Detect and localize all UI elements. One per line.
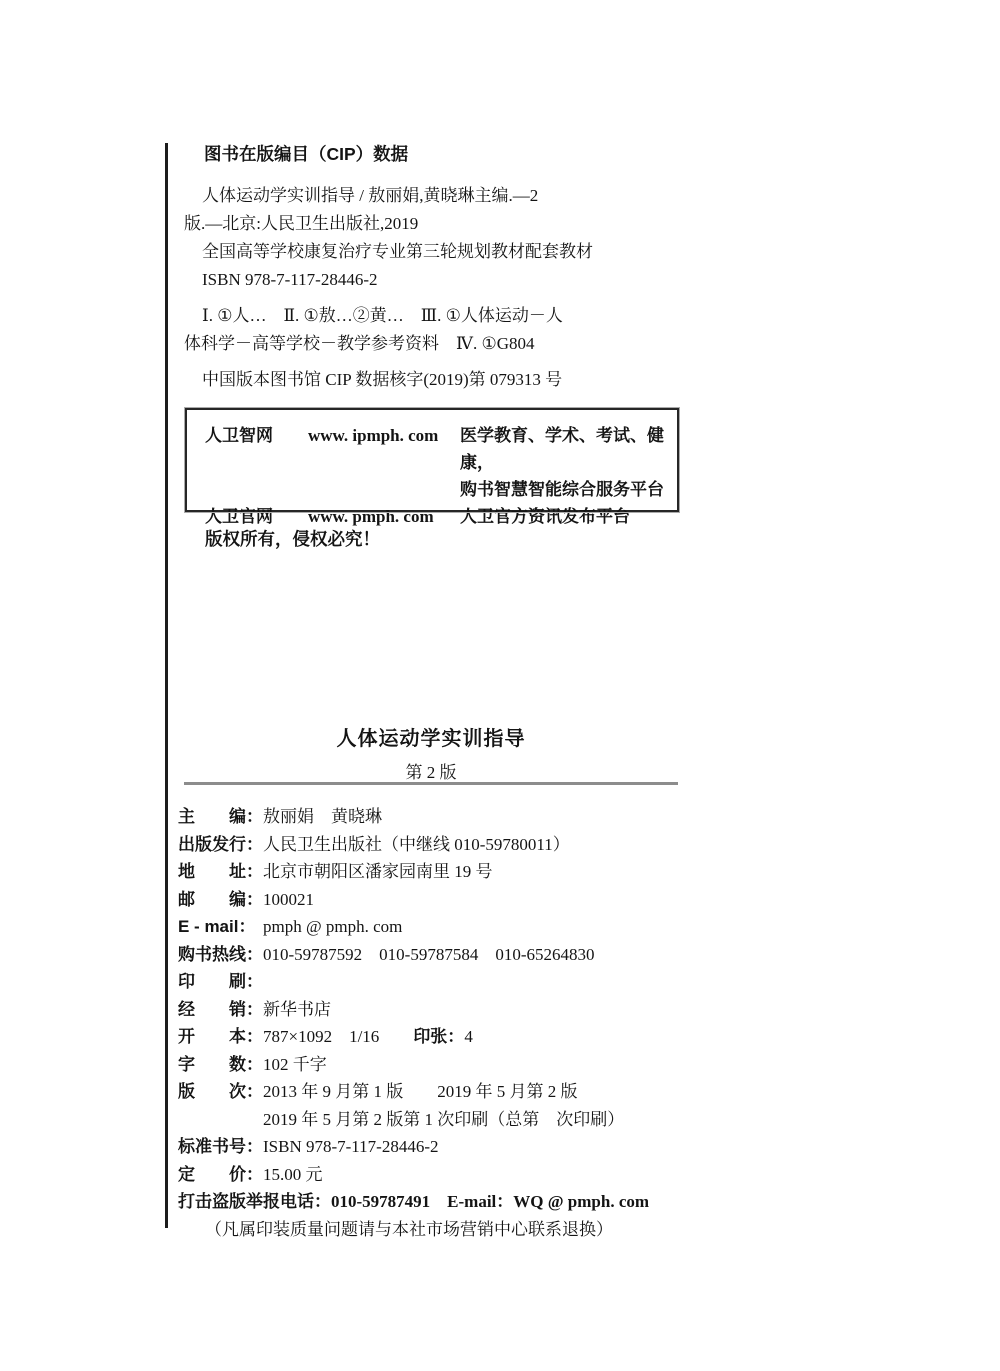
detail-row-postcode: 邮 编：100021 xyxy=(178,886,818,914)
detail-label: 开 本： xyxy=(178,1023,263,1051)
detail-value: 787×1092 1/16 xyxy=(263,1027,379,1046)
detail-label: 地 址： xyxy=(178,858,263,886)
detail-row-publisher: 出版发行：人民卫生出版社（中继线 010-59780011） xyxy=(178,831,818,859)
cip-line: 版.—北京:人民卫生出版社,2019 xyxy=(184,210,704,238)
detail-label: E - mail： xyxy=(178,913,263,941)
detail-value: 100021 xyxy=(263,890,314,909)
detail-value: 敖丽娟 黄晓琳 xyxy=(263,807,382,826)
detail-label: 主 编： xyxy=(178,803,263,831)
detail-row-isbn: 标准书号：ISBN 978-7-117-28446-2 xyxy=(178,1133,818,1161)
cip-line: 中国版本图书馆 CIP 数据核字(2019)第 079313 号 xyxy=(184,366,704,394)
detail-value: pmph @ pmph. com xyxy=(263,917,402,936)
cip-line: 人体运动学实训指导 / 敖丽娟,黄晓琳主编.—2 xyxy=(184,182,704,210)
title-block: 人体运动学实训指导 第 2 版 xyxy=(184,722,678,783)
detail-label: 邮 编： xyxy=(178,886,263,914)
divider-rule xyxy=(184,782,678,785)
detail-value: 新华书店 xyxy=(263,1000,331,1019)
detail-value: （凡属印装质量问题请与本社市场营销中心联系退换） xyxy=(205,1220,613,1239)
cip-line: 全国高等学校康复治疗专业第三轮规划教材配套教材 xyxy=(184,238,704,266)
cip-heading: 图书在版编目（CIP）数据 xyxy=(184,140,704,168)
detail-value: 102 千字 xyxy=(263,1055,327,1074)
detail-value: 010-59787592 010-59787584 010-65264830 xyxy=(263,945,594,964)
copyright-page: 图书在版编目（CIP）数据 人体运动学实训指导 / 敖丽娟,黄晓琳主编.—2 版… xyxy=(0,0,1000,1371)
detail-value: 2013 年 9 月第 1 版 2019 年 5 月第 2 版 xyxy=(263,1082,578,1101)
detail-row-email: E - mail：pmph @ pmph. com xyxy=(178,913,818,941)
detail-label: 购书热线： xyxy=(178,941,263,969)
cip-line: ISBN 978-7-117-28446-2 xyxy=(184,266,704,294)
detail-row-printing-info: 2019 年 5 月第 2 版第 1 次印刷（总第 次印刷） xyxy=(178,1106,818,1134)
detail-label: 经 销： xyxy=(178,996,263,1024)
detail-row-chief-editor: 主 编：敖丽娟 黄晓琳 xyxy=(178,803,818,831)
detail-value: 15.00 元 xyxy=(263,1165,323,1184)
publisher-web-box: 人卫智网 www. ipmph. com 医学教育、学术、考试、健康， 购书智慧… xyxy=(185,408,679,512)
detail-row-address: 地 址：北京市朝阳区潘家园南里 19 号 xyxy=(178,858,818,886)
detail-row-distributor: 经 销：新华书店 xyxy=(178,996,818,1024)
detail-label: 版 次： xyxy=(178,1078,263,1106)
left-border-line xyxy=(165,143,168,1228)
detail-row-format: 开 本：787×1092 1/16印张：4 xyxy=(178,1023,818,1051)
service-row: 人卫智网 www. ipmph. com 医学教育、学术、考试、健康， 购书智慧… xyxy=(205,422,677,503)
detail-label: 印 刷： xyxy=(178,968,263,996)
cip-section: 图书在版编目（CIP）数据 人体运动学实训指导 / 敖丽娟,黄晓琳主编.—2 版… xyxy=(184,140,704,394)
print-quality-note: （凡属印装质量问题请与本社市场营销中心联系退换） xyxy=(178,1216,818,1244)
service-label: 人卫智网 xyxy=(205,422,308,449)
detail-value: 010-59787491 E-mail：WQ @ pmph. com xyxy=(331,1192,649,1211)
detail-value: 北京市朝阳区潘家园南里 19 号 xyxy=(263,862,493,881)
detail-value-sheets: 4 xyxy=(464,1027,473,1046)
details-section: 主 编：敖丽娟 黄晓琳 出版发行：人民卫生出版社（中继线 010-5978001… xyxy=(178,803,818,1243)
cip-line: 体科学－高等学校－教学参考资料 Ⅳ. ①G804 xyxy=(184,330,704,358)
book-title: 人体运动学实训指导 xyxy=(184,722,678,751)
detail-row-hotline: 购书热线：010-59787592 010-59787584 010-65264… xyxy=(178,941,818,969)
detail-label: 打击盗版举报电话： xyxy=(178,1188,331,1216)
cip-line: Ⅰ. ①人… Ⅱ. ①敖…②黄… Ⅲ. ①人体运动－人 xyxy=(184,302,704,330)
service-description: 医学教育、学术、考试、健康， 购书智慧智能综合服务平台 xyxy=(460,422,677,503)
detail-label: 定 价： xyxy=(178,1161,263,1189)
detail-row-price: 定 价：15.00 元 xyxy=(178,1161,818,1189)
detail-label: 出版发行： xyxy=(178,831,263,859)
detail-value: 2019 年 5 月第 2 版第 1 次印刷（总第 次印刷） xyxy=(263,1110,624,1129)
service-url: www. ipmph. com xyxy=(308,422,460,449)
detail-label-sheets: 印张： xyxy=(413,1027,464,1046)
detail-label: 字 数： xyxy=(178,1051,263,1079)
detail-value: ISBN 978-7-117-28446-2 xyxy=(263,1137,439,1156)
service-description: 人卫官方资讯发布平台 xyxy=(460,503,630,530)
detail-row-wordcount: 字 数：102 千字 xyxy=(178,1051,818,1079)
detail-row-printer: 印 刷： xyxy=(178,968,818,996)
copyright-notice: 版权所有，侵权必究！ xyxy=(205,526,380,551)
detail-row-edition-history: 版 次：2013 年 9 月第 1 版 2019 年 5 月第 2 版 xyxy=(178,1078,818,1106)
detail-value: 人民卫生出版社（中继线 010-59780011） xyxy=(263,835,570,854)
detail-row-piracy-hotline: 打击盗版举报电话：010-59787491 E-mail：WQ @ pmph. … xyxy=(178,1188,818,1216)
edition-label: 第 2 版 xyxy=(184,758,678,783)
detail-label: 标准书号： xyxy=(178,1133,263,1161)
